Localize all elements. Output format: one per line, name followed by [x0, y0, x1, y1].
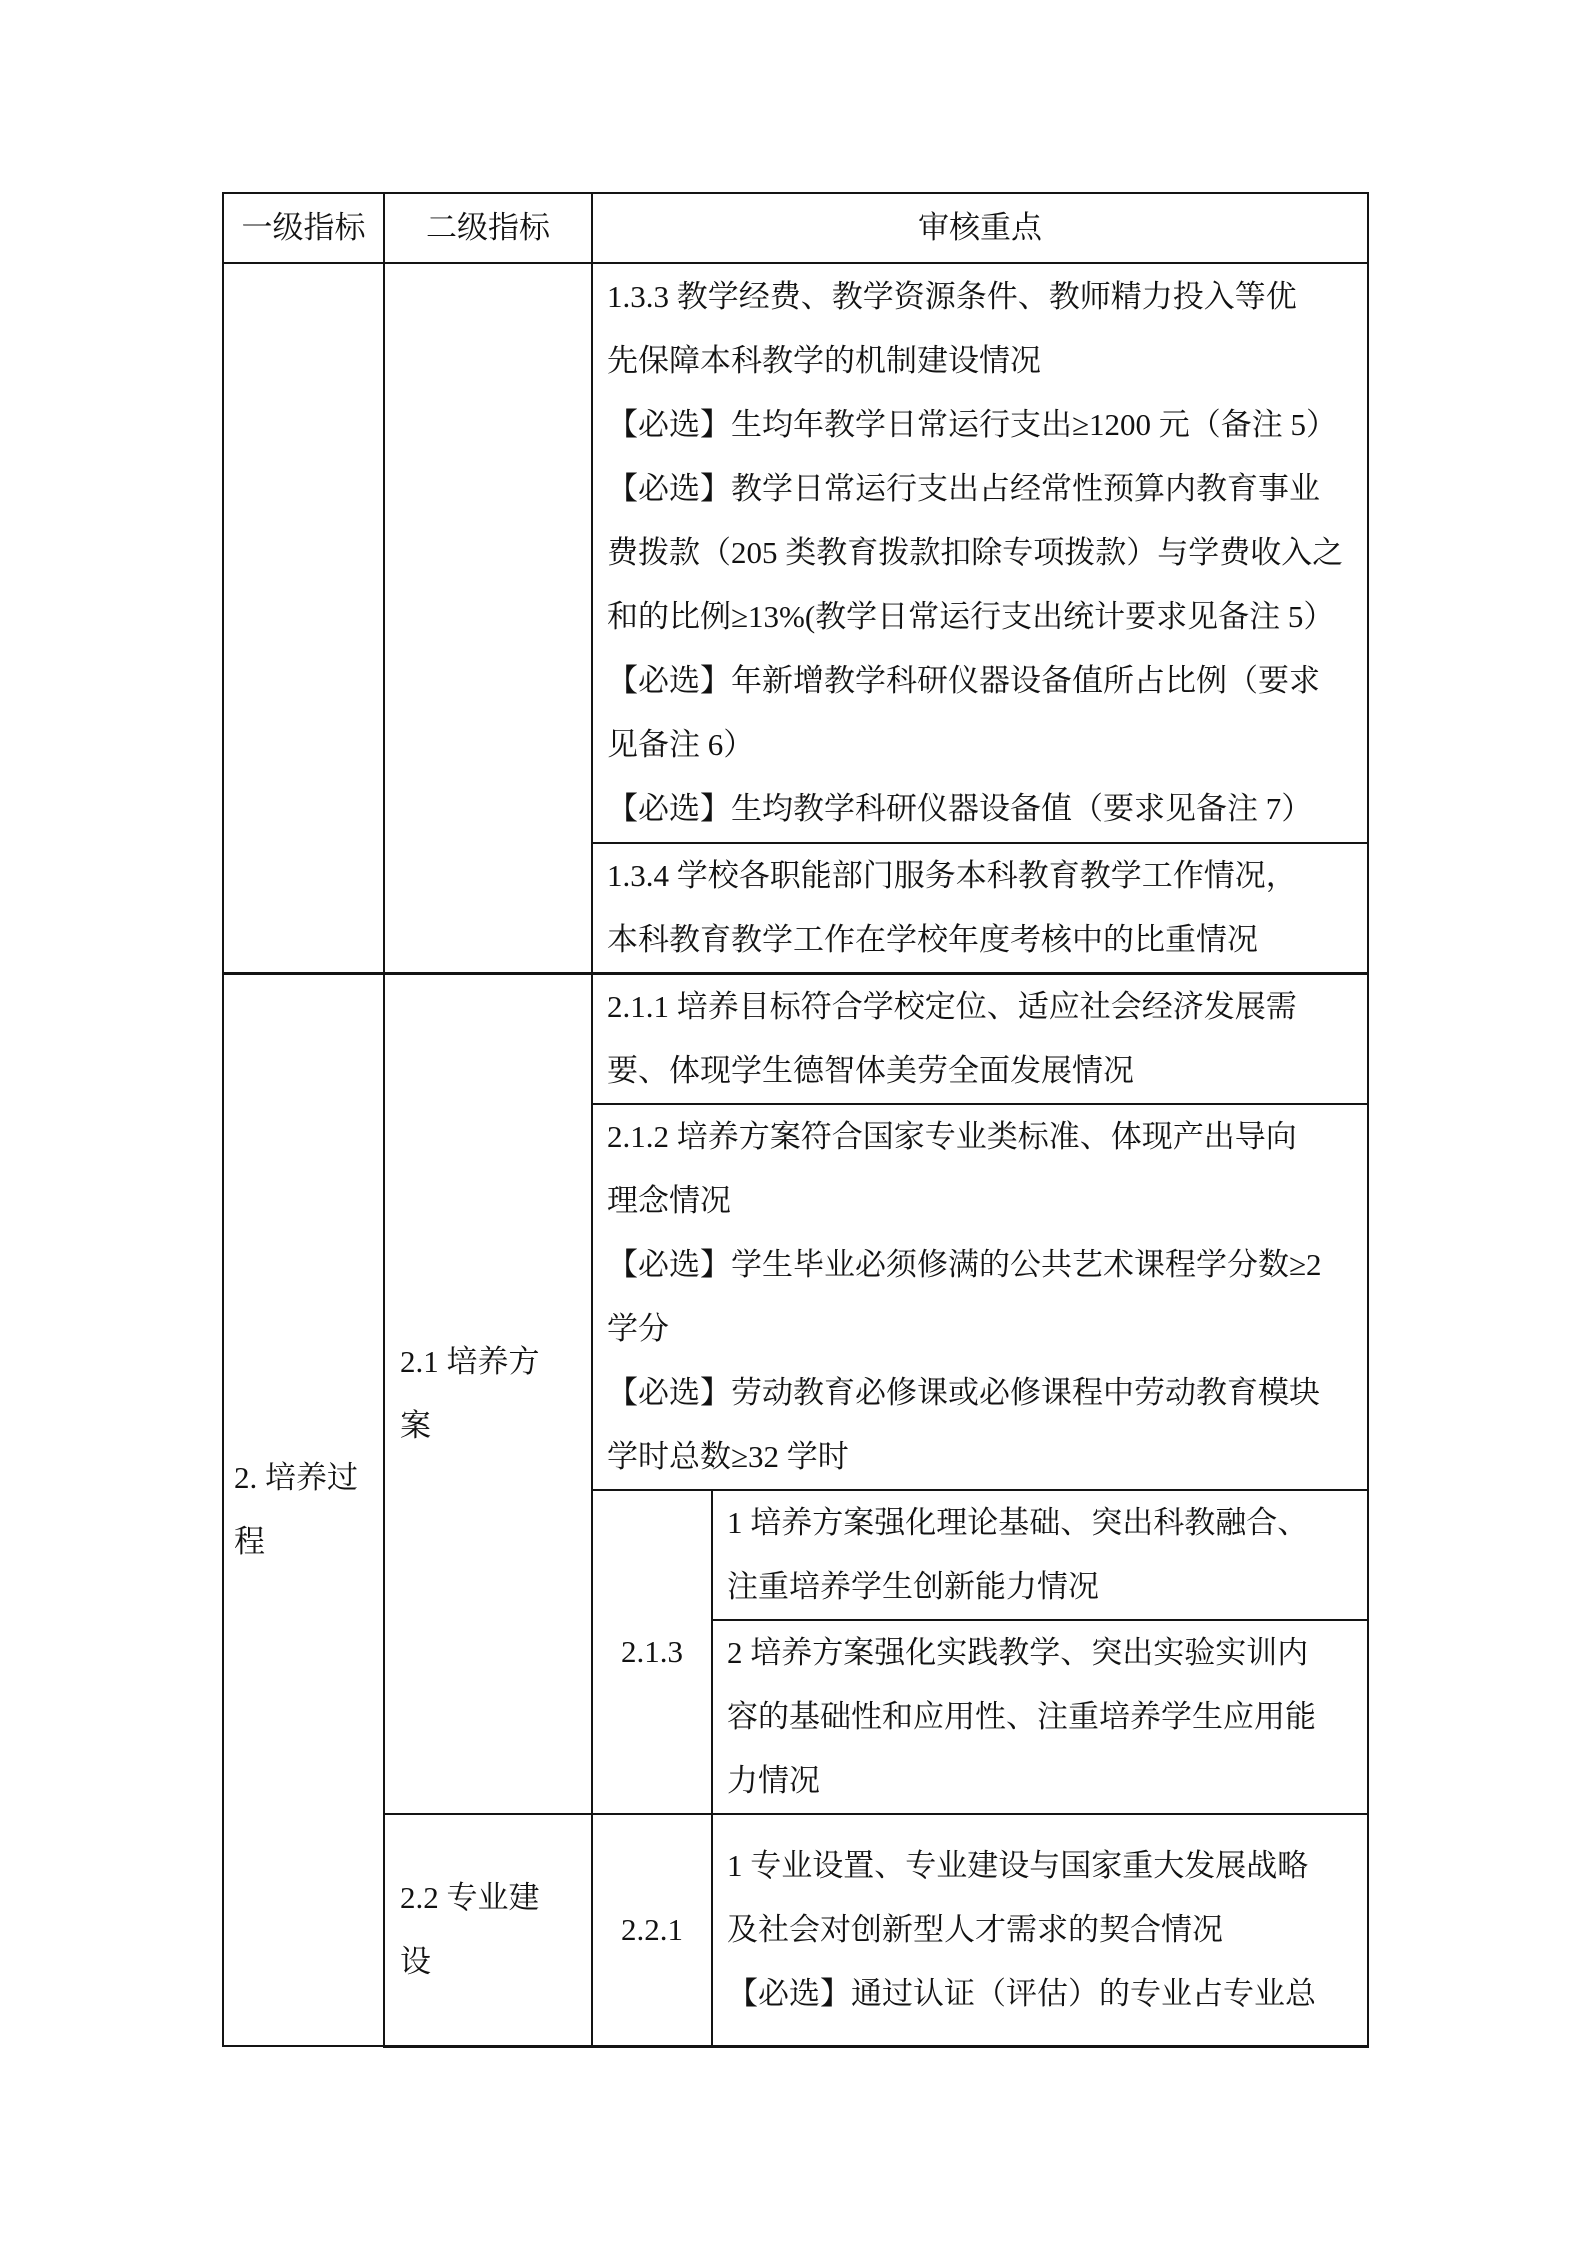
sub-indicator-cell-2-1-3: 2.1.3 [592, 1490, 712, 1814]
level2-cell-major-construction: 2.2 专业建 设 [384, 1814, 592, 2046]
text-line: 【必选】学生毕业必须修满的公共艺术课程学分数≥2 [607, 1233, 1359, 1297]
indicator-review-table: 一级指标 二级指标 审核重点 1.3.3 教学经费、教学资源条件、教师精力投入等… [222, 192, 1369, 2048]
text-line: 及社会对创新型人才需求的契合情况 [727, 1898, 1359, 1962]
text-line: 理念情况 [607, 1169, 1359, 1233]
text-line: 本科教育教学工作在学校年度考核中的比重情况 [607, 908, 1359, 972]
row-2-2-1: 2.2 专业建 设 2.2.1 1 专业设置、专业建设与国家重大发展战略 及社会… [223, 1814, 1368, 2046]
level2-empty-cell [384, 263, 592, 974]
text-line: 费拨款（205 类教育拨款扣除专项拨款）与学费收入之 [607, 521, 1359, 585]
focus-cell-2-2-1: 1 专业设置、专业建设与国家重大发展战略 及社会对创新型人才需求的契合情况 【必… [712, 1814, 1368, 2046]
focus-cell-1-3-3: 1.3.3 教学经费、教学资源条件、教师精力投入等优 先保障本科教学的机制建设情… [592, 263, 1368, 843]
text-line: 要、体现学生德智体美劳全面发展情况 [607, 1039, 1359, 1103]
row-2-1-1: 2. 培养过 程 2.1 培养方 案 2.1.1 培养目标符合学校定位、适应社会… [223, 974, 1368, 1105]
text-line: 【必选】劳动教育必修课或必修课程中劳动教育模块 [607, 1361, 1359, 1425]
level1-cell-training-process: 2. 培养过 程 [223, 974, 384, 2047]
text-line: 1.3.4 学校各职能部门服务本科教育教学工作情况， [607, 844, 1359, 908]
text-line: 注重培养学生创新能力情况 [727, 1555, 1359, 1619]
focus-cell-2-1-1: 2.1.1 培养目标符合学校定位、适应社会经济发展需 要、体现学生德智体美劳全面… [592, 974, 1368, 1105]
table-header-row: 一级指标 二级指标 审核重点 [223, 193, 1368, 263]
text-line: 2.1 培养方 [400, 1330, 591, 1394]
text-line: 和的比例≥13%(教学日常运行支出统计要求见备注 5） [607, 585, 1359, 649]
text-line: 力情况 [727, 1749, 1359, 1813]
level2-cell-training-plan: 2.1 培养方 案 [384, 974, 592, 1815]
text-line: 【必选】生均教学科研仪器设备值（要求见备注 7） [607, 777, 1359, 841]
header-level2-indicator: 二级指标 [384, 193, 592, 263]
text-line: 1 专业设置、专业建设与国家重大发展战略 [727, 1834, 1359, 1898]
text-line: 【必选】生均年教学日常运行支出≥1200 元（备注 5） [607, 393, 1359, 457]
focus-cell-1-3-4: 1.3.4 学校各职能部门服务本科教育教学工作情况， 本科教育教学工作在学校年度… [592, 843, 1368, 974]
text-line: 2.1.1 培养目标符合学校定位、适应社会经济发展需 [607, 975, 1359, 1039]
text-line: 2.1.2 培养方案符合国家专业类标准、体现产出导向 [607, 1105, 1359, 1169]
text-line: 【必选】年新增教学科研仪器设备值所占比例（要求 [607, 649, 1359, 713]
text-line: 2. 培养过 [234, 1446, 383, 1510]
focus-cell-2-1-3-item2: 2 培养方案强化实践教学、突出实验实训内 容的基础性和应用性、注重培养学生应用能… [712, 1620, 1368, 1814]
text-line: 学时总数≥32 学时 [607, 1425, 1359, 1489]
text-line: 1.3.3 教学经费、教学资源条件、教师精力投入等优 [607, 265, 1359, 329]
text-line: 1 培养方案强化理论基础、突出科教融合、 [727, 1491, 1359, 1555]
text-line: 【必选】教学日常运行支出占经常性预算内教育事业 [607, 457, 1359, 521]
text-line: 设 [400, 1930, 591, 1994]
level1-empty-cell [223, 263, 384, 974]
focus-cell-2-1-3-item1: 1 培养方案强化理论基础、突出科教融合、 注重培养学生创新能力情况 [712, 1490, 1368, 1620]
text-line: 学分 [607, 1297, 1359, 1361]
text-line: 容的基础性和应用性、注重培养学生应用能 [727, 1685, 1359, 1749]
text-line: 2.2 专业建 [400, 1866, 591, 1930]
header-level1-indicator: 一级指标 [223, 193, 384, 263]
text-line: 程 [234, 1510, 383, 1574]
text-line: 【必选】通过认证（评估）的专业占专业总 [727, 1962, 1359, 2026]
document-page: 一级指标 二级指标 审核重点 1.3.3 教学经费、教学资源条件、教师精力投入等… [0, 0, 1587, 2245]
text-line: 先保障本科教学的机制建设情况 [607, 329, 1359, 393]
sub-indicator-cell-2-2-1: 2.2.1 [592, 1814, 712, 2046]
focus-cell-2-1-2: 2.1.2 培养方案符合国家专业类标准、体现产出导向 理念情况 【必选】学生毕业… [592, 1104, 1368, 1490]
header-review-focus: 审核重点 [592, 193, 1368, 263]
text-line: 2 培养方案强化实践教学、突出实验实训内 [727, 1621, 1359, 1685]
row-1-3-3: 1.3.3 教学经费、教学资源条件、教师精力投入等优 先保障本科教学的机制建设情… [223, 263, 1368, 843]
text-line: 见备注 6） [607, 713, 1359, 777]
text-line: 案 [400, 1394, 591, 1458]
